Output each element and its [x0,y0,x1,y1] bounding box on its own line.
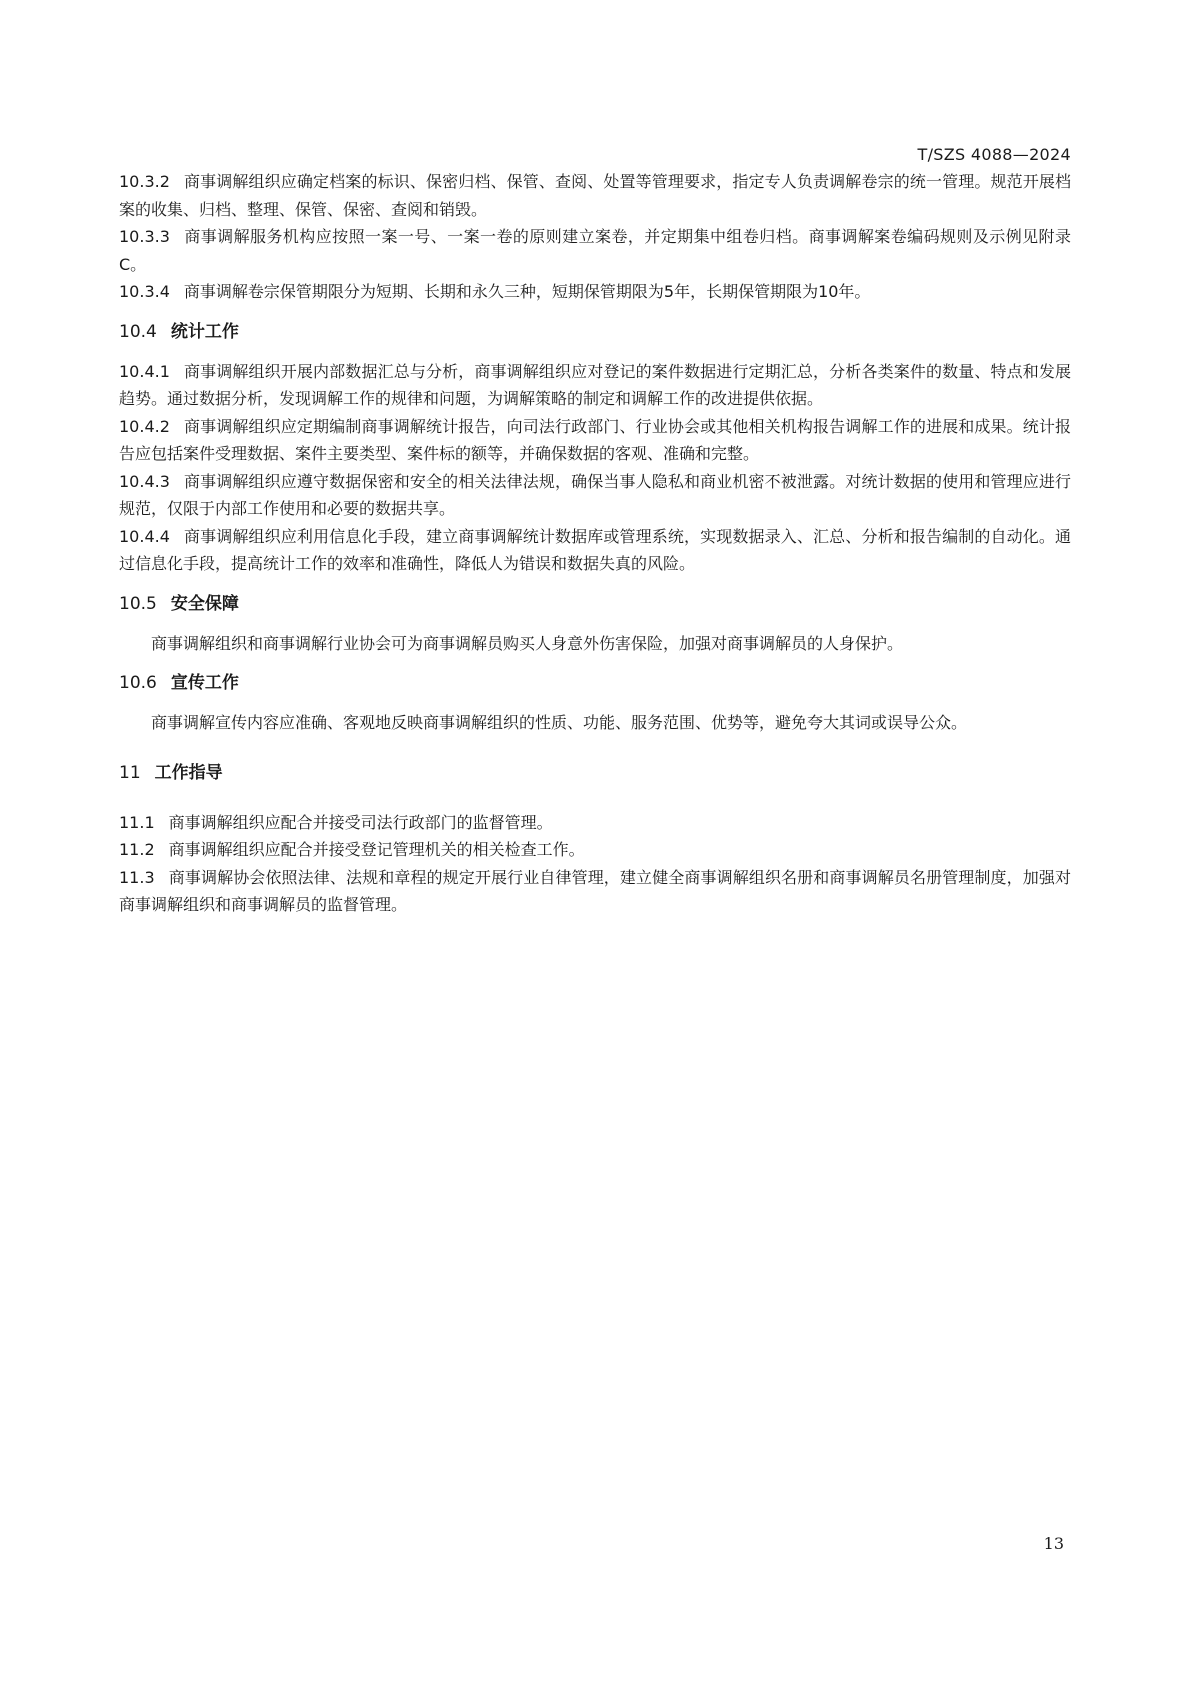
clause-number: 10.3.3 [119,227,170,246]
clause-text: 商事调解组织应确定档案的标识、保密归档、保管、查阅、处置等管理要求，指定专人负责… [119,172,1071,219]
clause-number: 10.4.1 [119,362,170,381]
clause-10-3-4: 10.3.4商事调解卷宗保管期限分为短期、长期和永久三种，短期保管期限为5年，长… [119,278,1071,306]
section-number: 11 [119,763,141,783]
section-title: 宣传工作 [171,673,239,693]
section-title: 统计工作 [171,322,239,342]
clause-10-4-4: 10.4.4商事调解组织应利用信息化手段，建立商事调解统计数据库或管理系统，实现… [119,523,1071,578]
clause-number: 10.4.4 [119,527,170,546]
section-number: 10.6 [119,673,157,693]
clause-text: 商事调解协会依照法律、法规和章程的规定开展行业自律管理，建立健全商事调解组织名册… [119,868,1071,915]
clause-11-3: 11.3商事调解协会依照法律、法规和章程的规定开展行业自律管理，建立健全商事调解… [119,864,1071,919]
clause-text: 商事调解服务机构应按照一案一号、一案一卷的原则建立案卷，并定期集中组卷归档。商事… [119,227,1071,274]
page-number: 13 [1044,1534,1064,1553]
clause-text: 商事调解组织应利用信息化手段，建立商事调解统计数据库或管理系统，实现数据录入、汇… [119,527,1071,574]
clause-number: 11.3 [119,868,155,887]
clause-11-1: 11.1商事调解组织应配合并接受司法行政部门的监督管理。 [119,809,1071,837]
standard-code: T/SZS 4088—2024 [918,145,1071,164]
clause-number: 10.4.2 [119,417,170,436]
clause-10-4-1: 10.4.1商事调解组织开展内部数据汇总与分析，商事调解组织应对登记的案件数据进… [119,358,1071,413]
clause-10-4-3: 10.4.3商事调解组织应遵守数据保密和安全的相关法律法规，确保当事人隐私和商业… [119,468,1071,523]
clause-10-3-2: 10.3.2商事调解组织应确定档案的标识、保密归档、保管、查阅、处置等管理要求，… [119,168,1071,223]
clause-10-4-2: 10.4.2商事调解组织应定期编制商事调解统计报告，向司法行政部门、行业协会或其… [119,413,1071,468]
clause-number: 10.4.3 [119,472,170,491]
clause-11-2: 11.2商事调解组织应配合并接受登记管理机关的相关检查工作。 [119,836,1071,864]
clause-number: 11.1 [119,813,155,832]
document-page: T/SZS 4088—2024 10.3.2商事调解组织应确定档案的标识、保密归… [0,0,1190,1682]
paragraph-10-6: 商事调解宣传内容应准确、客观地反映商事调解组织的性质、功能、服务范围、优势等，避… [119,709,1071,737]
clause-text: 商事调解组织应配合并接受登记管理机关的相关检查工作。 [169,840,585,859]
section-heading-10-6: 10.6宣传工作 [119,669,1071,697]
clause-text: 商事调解组织开展内部数据汇总与分析，商事调解组织应对登记的案件数据进行定期汇总，… [119,362,1071,409]
clause-text: 商事调解组织应定期编制商事调解统计报告，向司法行政部门、行业协会或其他相关机构报… [119,417,1071,464]
section-number: 10.5 [119,594,157,614]
section-heading-10-4: 10.4统计工作 [119,318,1071,346]
clause-10-3-3: 10.3.3商事调解服务机构应按照一案一号、一案一卷的原则建立案卷，并定期集中组… [119,223,1071,278]
section-title: 安全保障 [171,594,239,614]
clause-number: 10.3.4 [119,282,170,301]
clause-number: 10.3.2 [119,172,170,191]
clause-number: 11.2 [119,840,155,859]
section-number: 10.4 [119,322,157,342]
section-heading-11: 11工作指导 [119,759,1071,787]
section-heading-10-5: 10.5安全保障 [119,590,1071,618]
clause-text: 商事调解组织应配合并接受司法行政部门的监督管理。 [169,813,553,832]
section-title: 工作指导 [155,763,223,783]
paragraph-10-5: 商事调解组织和商事调解行业协会可为商事调解员购买人身意外伤害保险，加强对商事调解… [119,630,1071,658]
clause-text: 商事调解组织应遵守数据保密和安全的相关法律法规，确保当事人隐私和商业机密不被泄露… [119,472,1071,519]
document-body: 10.3.2商事调解组织应确定档案的标识、保密归档、保管、查阅、处置等管理要求，… [119,168,1071,919]
clause-text: 商事调解卷宗保管期限分为短期、长期和永久三种，短期保管期限为5年，长期保管期限为… [184,282,871,301]
